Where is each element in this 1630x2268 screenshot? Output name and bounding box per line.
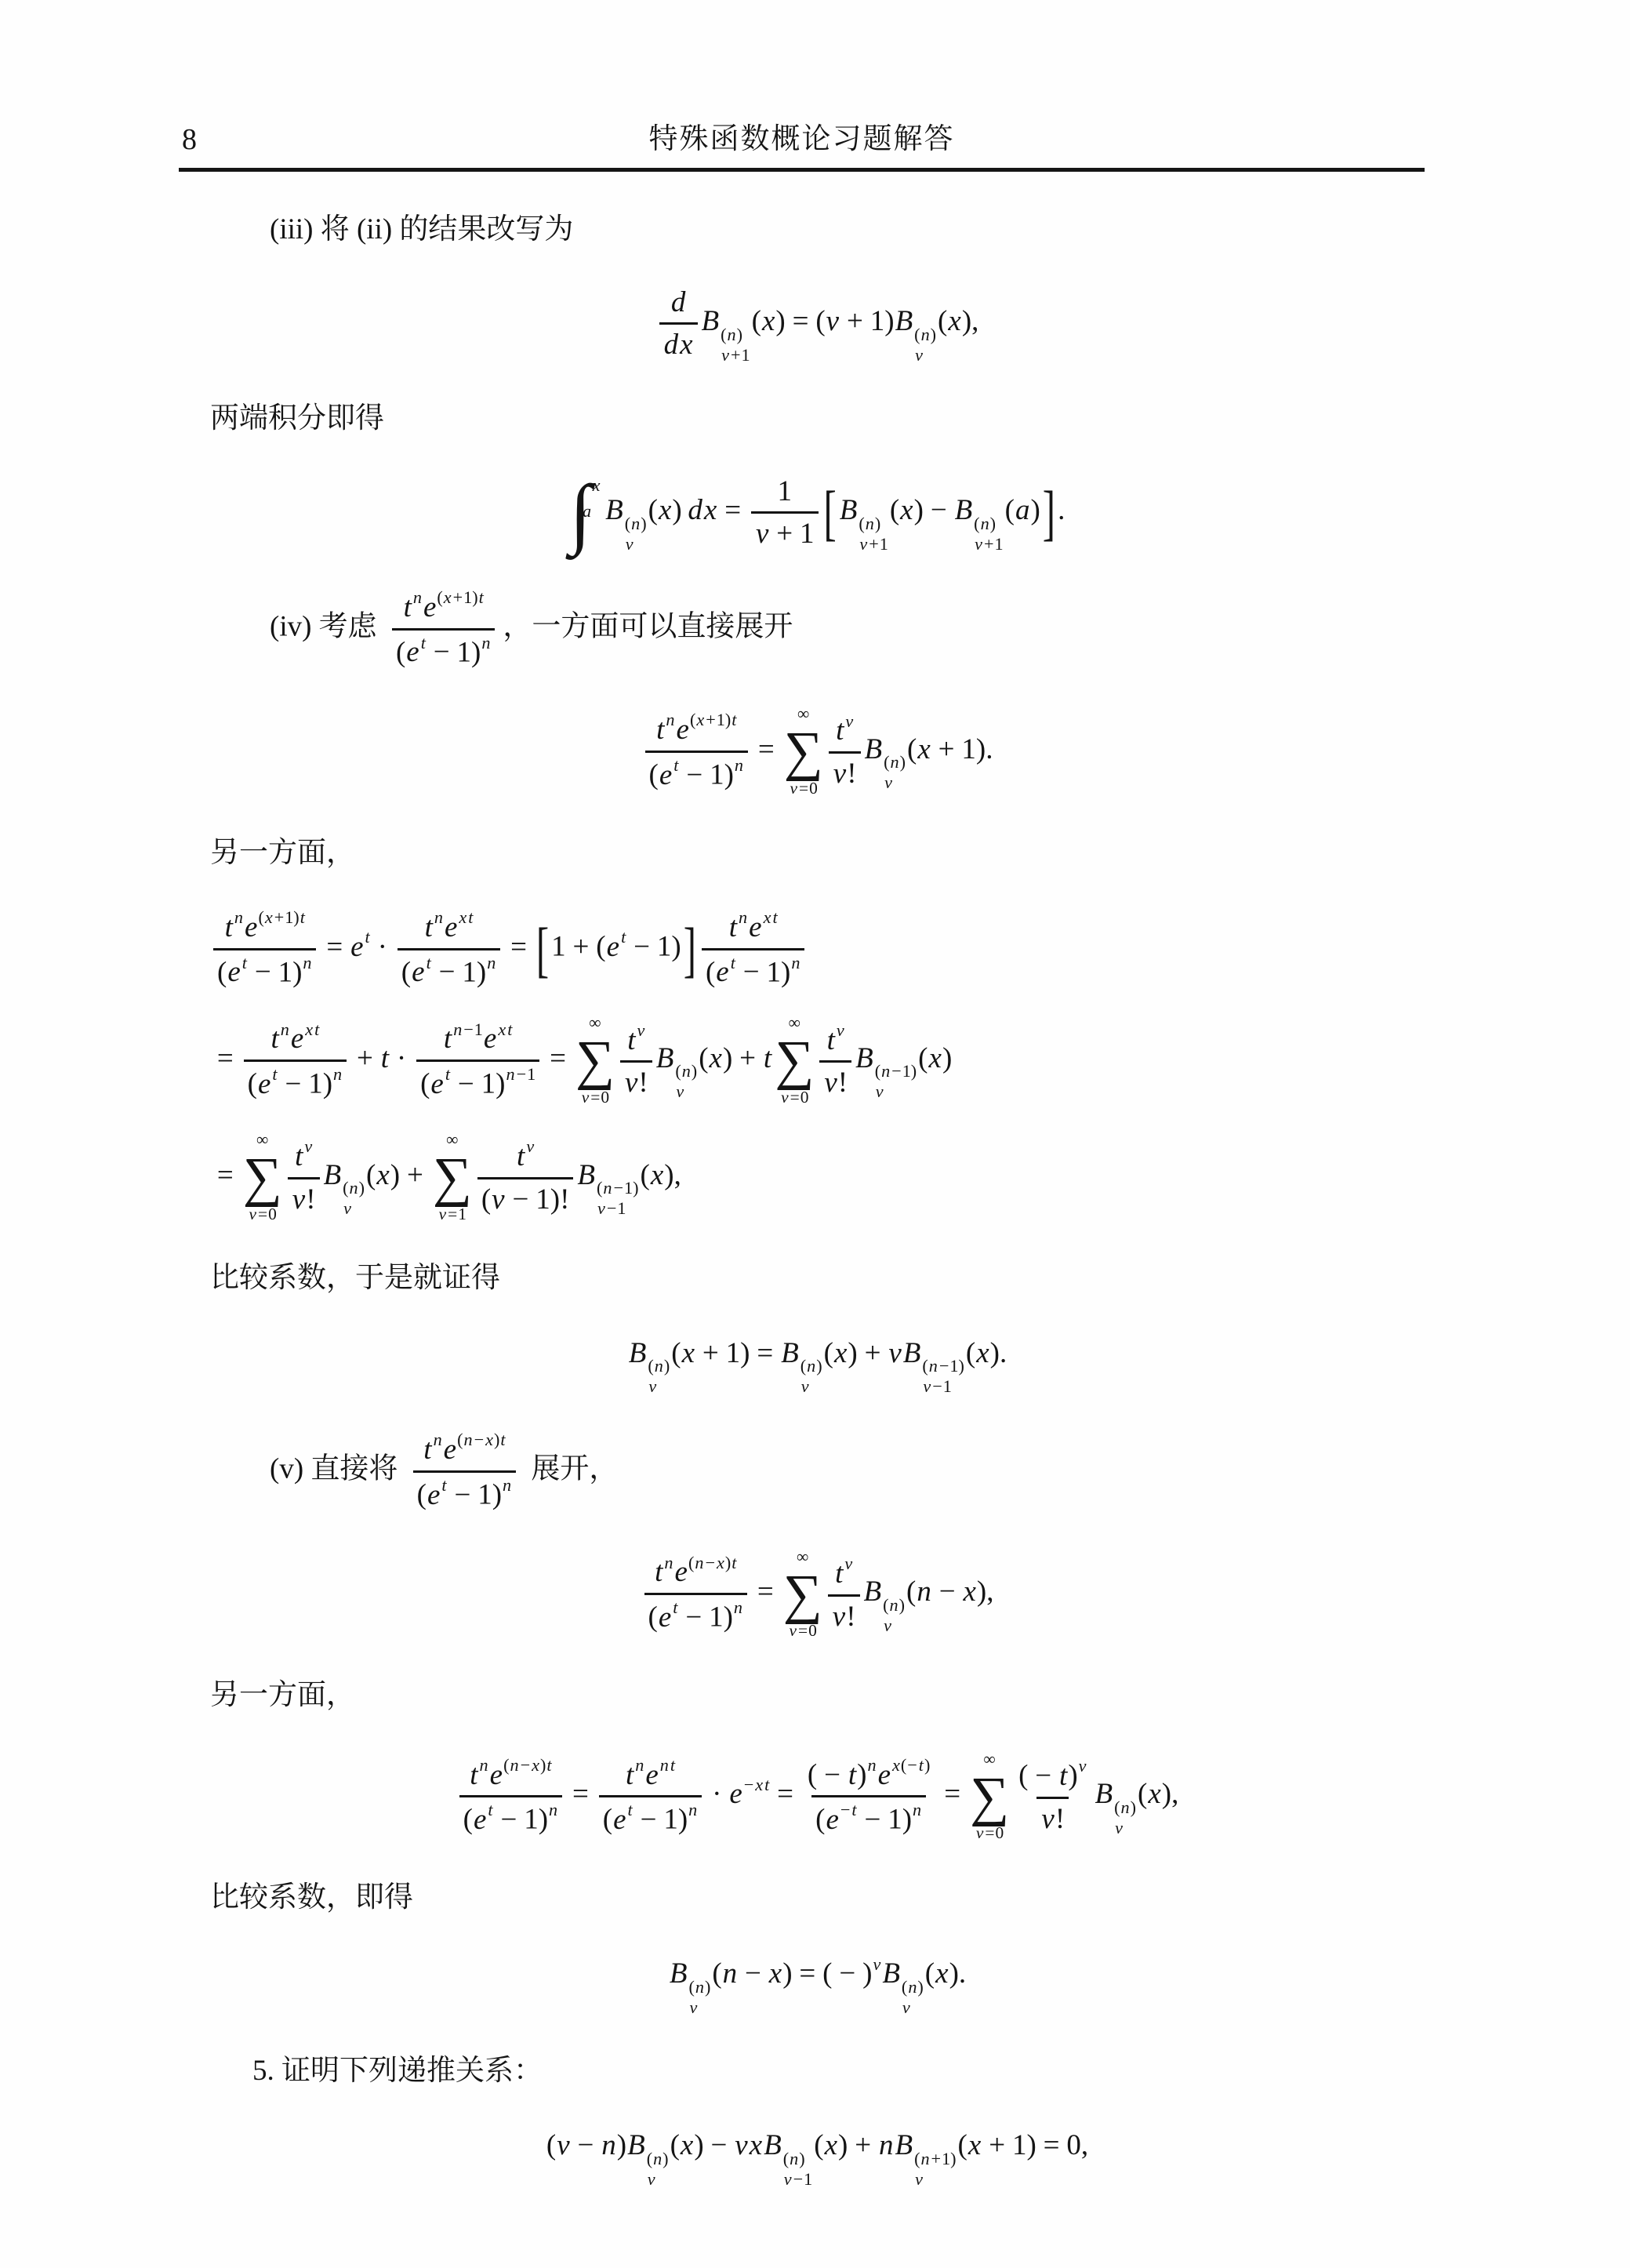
document-page: 8 特殊函数概论习题解答 (iii) 将 (ii) 的结果改写为ddxB(n)ν… [0, 0, 1630, 2268]
document-content: (iii) 将 (ii) 的结果改写为ddxB(n)ν+1(x)=(ν+1)B(… [179, 208, 1425, 2190]
paragraph: 比较系数，于是就证得 [210, 1256, 1425, 1300]
display-equation: (ν−n)B(n)ν(x)−νxB(n)ν−1(x)+nB(n+1)ν(x+1)… [210, 2124, 1425, 2190]
display-equation: B(n)ν(x+1)=B(n)ν(x)+νB(n−1)ν−1(x). [210, 1332, 1425, 1398]
running-title: 特殊函数概论习题解答 [649, 118, 955, 162]
paragraph: 另一方面， [210, 831, 1425, 875]
aligned-equation-line: =tnext(et−1)n+t·tn−1ext(et−1)n−1=∞∑ν=0tν… [210, 1012, 1425, 1109]
paragraph: 两端积分即得 [210, 397, 1425, 441]
aligned-equations: tne(x+1)t(et−1)n=et·tnext(et−1)n=[1+(et−… [210, 906, 1425, 1225]
display-equation: ∫xaB(n)ν(x)dx=1ν+1[B(n)ν+1(x)−B(n)ν+1(a)… [210, 472, 1425, 555]
paragraph-with-inline-math: (v) 直接将 tne(n−x)t(et−1)n 展开， [210, 1428, 1425, 1514]
display-equation: ddxB(n)ν+1(x)=(ν+1)B(n)ν(x), [210, 283, 1425, 366]
aligned-equation-line: tne(x+1)t(et−1)n=et·tnext(et−1)n=[1+(et−… [210, 906, 1425, 992]
display-equation: B(n)ν(n−x)=(−)νB(n)ν(x). [210, 1951, 1425, 2018]
paragraph-with-inline-math: (iv) 考虑 tne(x+1)t(et−1)n，一方面可以直接展开 [210, 586, 1425, 672]
paragraph: 比较系数，即得 [210, 1876, 1425, 1920]
display-equation: tne(n−x)t(et−1)n=tnent(et−1)n·e−xt=(−t)n… [210, 1749, 1425, 1845]
inline-formula: tne(n−x)t(et−1)n [410, 1453, 519, 1485]
inline-formula: tne(x+1)t(et−1)n [389, 611, 498, 643]
page-header: 8 特殊函数概论习题解答 [179, 118, 1425, 172]
paragraph: (iii) 将 (ii) 的结果改写为 [210, 208, 1425, 252]
paragraph: 另一方面， [210, 1674, 1425, 1717]
paragraph: 5. 证明下列递推关系： [210, 2049, 1425, 2093]
aligned-equation-line: =∞∑ν=0tνν!B(n)ν(x)+∞∑ν=1tν(ν−1)!B(n−1)ν−… [210, 1129, 1425, 1226]
page-number: 8 [182, 118, 197, 162]
display-equation: tne(x+1)t(et−1)n=∞∑ν=0tνν!B(n)ν(x+1). [210, 703, 1425, 800]
display-equation: tne(n−x)t(et−1)n=∞∑ν=0tνν!B(n)ν(n−x), [210, 1547, 1425, 1643]
